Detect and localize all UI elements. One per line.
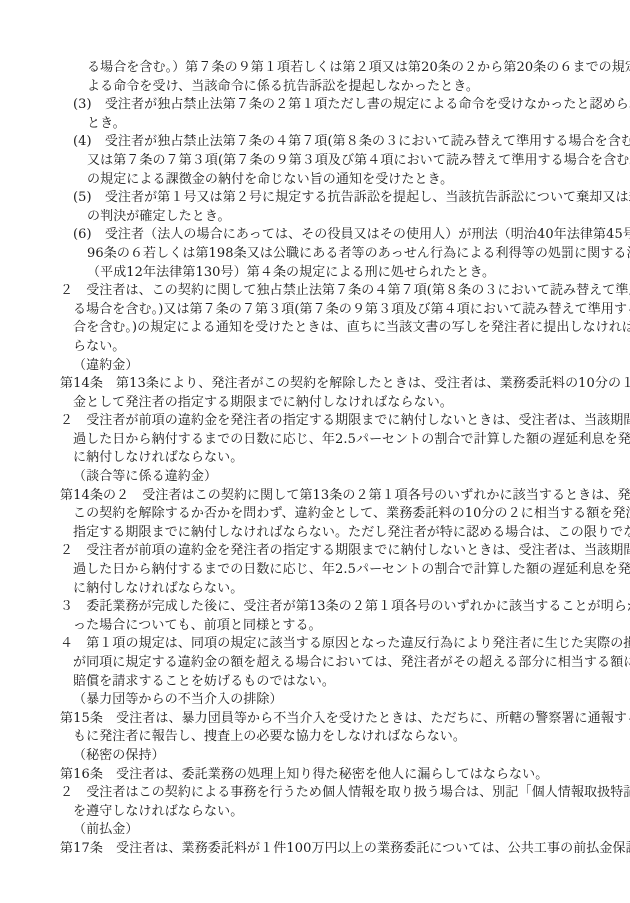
text-line: 過した日から納付するまでの日数に応じ、年2.5パーセントの割合で計算した額の遅延… (60, 431, 622, 450)
text-line: 第15条 受注者は、暴力団員等から不当介入を受けたときは、ただちに、所轄の警察署… (60, 710, 622, 729)
text-line: 賠償を請求することを妨げるものではない。 (60, 673, 622, 692)
text-line: が同項に規定する違約金の額を超える場合においては、発注者がその超える部分に相当す… (60, 654, 622, 673)
text-line: （暴力団等からの不当介入の排除） (60, 691, 622, 710)
text-line: の判決が確定したとき。 (60, 208, 622, 227)
text-line: 又は第７条の７第３項(第７条の９第３項及び第４項において読み替えて準用する場合を… (60, 152, 622, 171)
text-line: を遵守しなければならない。 (60, 803, 622, 822)
text-line: らない。 (60, 338, 622, 357)
text-line: よる命令を受け、当該命令に係る抗告訴訟を提起しなかったとき。 (60, 78, 622, 97)
text-line: (5) 受注者が第１号又は第２号に規定する抗告訴訟を提起し、当該抗告訴訟について… (60, 189, 622, 208)
text-line: ２ 受注者は、この契約に関して独占禁止法第７条の４第７項(第８条の３において読み… (60, 282, 622, 301)
text-line: ３ 委託業務が完成した後に、受注者が第13条の２第１項各号のいずれかに該当するこ… (60, 598, 622, 617)
text-line: （談合等に係る違約金） (60, 468, 622, 487)
text-line: に納付しなければならない。 (60, 449, 622, 468)
text-line: 第14条 第13条により、発注者がこの契約を解除したときは、受注者は、業務委託料… (60, 375, 622, 394)
text-line: る場合を含む。)又は第７条の７第３項(第７条の９第３項及び第４項において読み替え… (60, 301, 622, 320)
text-line: 第16条 受注者は、委託業務の処理上知り得た秘密を他人に漏らしてはならない。 (60, 766, 622, 785)
text-line: （違約金） (60, 357, 622, 376)
text-line: る場合を含む。）第７条の９第１項若しくは第２項又は第20条の２から第20条の６ま… (60, 59, 622, 78)
text-line: ２ 受注者が前項の違約金を発注者の指定する期限までに納付しないときは、受注者は、… (60, 412, 622, 431)
text-line: （前払金） (60, 821, 622, 840)
text-line: （平成12年法律第130号）第４条の規定による刑に処せられたとき。 (60, 264, 622, 283)
text-line: とき。 (60, 115, 622, 134)
text-line: この契約を解除するか否かを問わず、違約金として、業務委託料の10分の２に相当する… (60, 505, 622, 524)
text-line: （秘密の保持） (60, 747, 622, 766)
text-line: 過した日から納付するまでの日数に応じ、年2.5パーセントの割合で計算した額の遅延… (60, 561, 622, 580)
document-page: る場合を含む。）第７条の９第１項若しくは第２項又は第20条の２から第20条の６ま… (0, 0, 630, 903)
text-line: ４ 第１項の規定は、同項の規定に該当する原因となった違反行為により発注者に生じた… (60, 635, 622, 654)
text-line: もに発注者に報告し、捜査上の必要な協力をしなければならない。 (60, 728, 622, 747)
text-line: (3) 受注者が独占禁止法第７条の２第１項ただし書の規定による命令を受けなかった… (60, 96, 622, 115)
text-line: 96条の６若しくは第198条又は公職にある者等のあっせん行為による利得等の処罰に… (60, 245, 622, 264)
text-line: 第17条 受注者は、業務委託料が１件100万円以上の業務委託については、公共工事… (60, 840, 622, 859)
text-line: 合を含む。)の規定による通知を受けたときは、直ちに当該文書の写しを発注者に提出し… (60, 319, 622, 338)
text-line: 第14条の２ 受注者はこの契約に関して第13条の２第１項各号のいずれかに該当する… (60, 487, 622, 506)
text-line: 金として発注者の指定する期限までに納付しなければならない。 (60, 394, 622, 413)
text-line: に納付しなければならない。 (60, 580, 622, 599)
text-line: の規定による課徴金の納付を命じない旨の通知を受けたとき。 (60, 171, 622, 190)
text-line: 指定する期限までに納付しなければならない。ただし発注者が特に認める場合は、この限… (60, 524, 622, 543)
text-line: ２ 受注者が前項の違約金を発注者の指定する期限までに納付しないときは、受注者は、… (60, 542, 622, 561)
text-line: (6) 受注者（法人の場合にあっては、その役員又はその使用人）が刑法（明治40年… (60, 226, 622, 245)
text-line: った場合についても、前項と同様とする。 (60, 617, 622, 636)
document-content: る場合を含む。）第７条の９第１項若しくは第２項又は第20条の２から第20条の６ま… (60, 59, 622, 859)
text-line: (4) 受注者が独占禁止法第７条の４第７項(第８条の３において読み替えて準用する… (60, 133, 622, 152)
text-line: ２ 受注者はこの契約による事務を行うため個人情報を取り扱う場合は、別記「個人情報… (60, 784, 622, 803)
